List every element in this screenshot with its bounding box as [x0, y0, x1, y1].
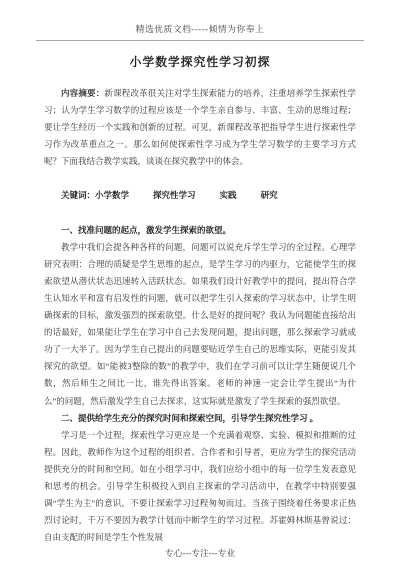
keyword-item: 小学数学	[95, 190, 129, 200]
keywords-label: 关键词：	[61, 190, 95, 200]
keyword-item: 研究	[261, 190, 278, 200]
keyword-item: 探究性学习	[153, 190, 196, 200]
abstract-paragraph: 内容摘要：新课程改革很关注对学生探索能力的培养，注重培养学生探索性学习；认为学生…	[44, 85, 356, 170]
section-2-body: 学习是一个过程，探索性学习更应是一个充满着观察、实验、模拟和推断的过程。因此，教…	[44, 427, 356, 547]
page-footer: 专心---专注---专业	[0, 546, 400, 559]
header-divider	[36, 40, 364, 41]
page-header: 精选优质文档-----倾情为你奉上	[0, 0, 400, 35]
keywords-line: 关键词：小学数学探究性学习实践研究	[44, 187, 356, 204]
section-1-body: 教学中我们会提各种各样的问题，问题可以说充斥学生学习的全过程。心理学研究表明：合…	[44, 239, 356, 410]
section-2-heading: 二、提供给学生充分的探究时间和探索空间，引导学生探究性学习 。	[44, 410, 356, 427]
document-body: 内容摘要：新课程改革很关注对学生探索能力的培养，注重培养学生探索性学习；认为学生…	[0, 85, 400, 546]
keyword-item: 实践	[220, 190, 237, 200]
section-1-heading: 一、找准问题的起点，激发学生探索的欲望。	[44, 222, 356, 239]
abstract-label: 内容摘要：	[61, 88, 104, 98]
document-page: 精选优质文档-----倾情为你奉上 小学数学探究性学习初探 内容摘要：新课程改革…	[0, 0, 400, 566]
header-text: 精选优质文档-----倾情为你奉上	[136, 24, 265, 34]
page-title: 小学数学探究性学习初探	[0, 53, 400, 70]
abstract-text: 新课程改革很关注对学生探索能力的培养，注重培养学生探索性学习；认为学生学习数学的…	[44, 88, 356, 166]
